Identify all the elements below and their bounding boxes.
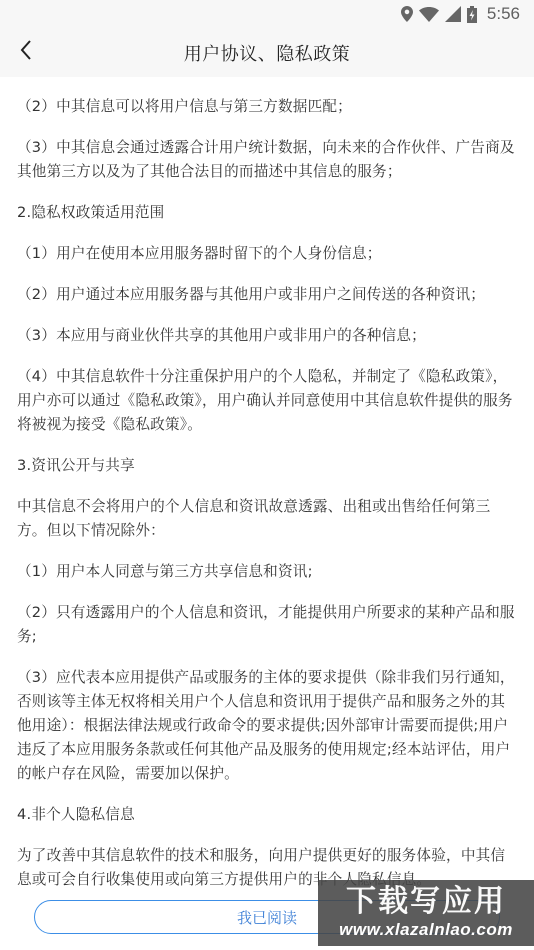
- app-root: 5:56 用户协议、隐私政策 （2）中其信息可以将用户信息与第三方数据匹配； （…: [0, 0, 534, 950]
- paragraph-item: （2）只有透露用户的个人信息和资讯，才能提供用户所要求的某种产品和服务;: [17, 601, 517, 649]
- watermark-title: 下载写应用: [346, 885, 506, 919]
- location-icon: [401, 6, 413, 22]
- app-header: 用户协议、隐私政策: [0, 28, 534, 77]
- section-heading: 2.隐私权政策适用范围: [17, 201, 517, 225]
- agreement-content[interactable]: （2）中其信息可以将用户信息与第三方数据匹配； （3）中其信息会通过透露合计用户…: [0, 77, 534, 887]
- paragraph-item: （2）用户通过本应用服务器与其他用户或非用户之间传送的各种资讯；: [17, 283, 517, 307]
- back-button[interactable]: [10, 36, 42, 68]
- watermark-url: www.xlazalnlao.com: [339, 919, 513, 941]
- wifi-icon: [419, 7, 439, 22]
- paragraph-item: （2）中其信息可以将用户信息与第三方数据匹配；: [17, 95, 517, 119]
- paragraph-item: （1）用户在使用本应用服务器时留下的个人身份信息；: [17, 242, 517, 266]
- watermark-overlay: 下载写应用 www.xlazalnlao.com: [318, 880, 534, 946]
- status-bar: 5:56: [0, 0, 534, 28]
- section-heading: 4.非个人隐私信息: [17, 803, 517, 827]
- battery-charging-icon: [467, 6, 477, 23]
- chevron-left-icon: [19, 39, 33, 65]
- cellular-signal-icon: [445, 6, 461, 22]
- page-title: 用户协议、隐私政策: [184, 40, 351, 66]
- paragraph-item: （4）中其信息软件十分注重保护用户的个人隐私，并制定了《隐私政策》，用户亦可以通…: [17, 365, 517, 437]
- status-time: 5:56: [487, 4, 520, 24]
- paragraph-body: 中其信息不会将用户的个人信息和资讯故意透露、出租或出售给任何第三方。但以下情况除…: [17, 495, 517, 543]
- paragraph-item: （1）用户本人同意与第三方共享信息和资讯;: [17, 560, 517, 584]
- paragraph-item: （3）应代表本应用提供产品或服务的主体的要求提供（除非我们另行通知，否则该等主体…: [17, 666, 517, 786]
- paragraph-item: （3）本应用与商业伙伴共享的其他用户或非用户的各种信息；: [17, 324, 517, 348]
- paragraph-item: （3）中其信息会通过透露合计用户统计数据，向未来的合作伙伴、广告商及其他第三方以…: [17, 136, 517, 184]
- section-heading: 3.资讯公开与共享: [17, 454, 517, 478]
